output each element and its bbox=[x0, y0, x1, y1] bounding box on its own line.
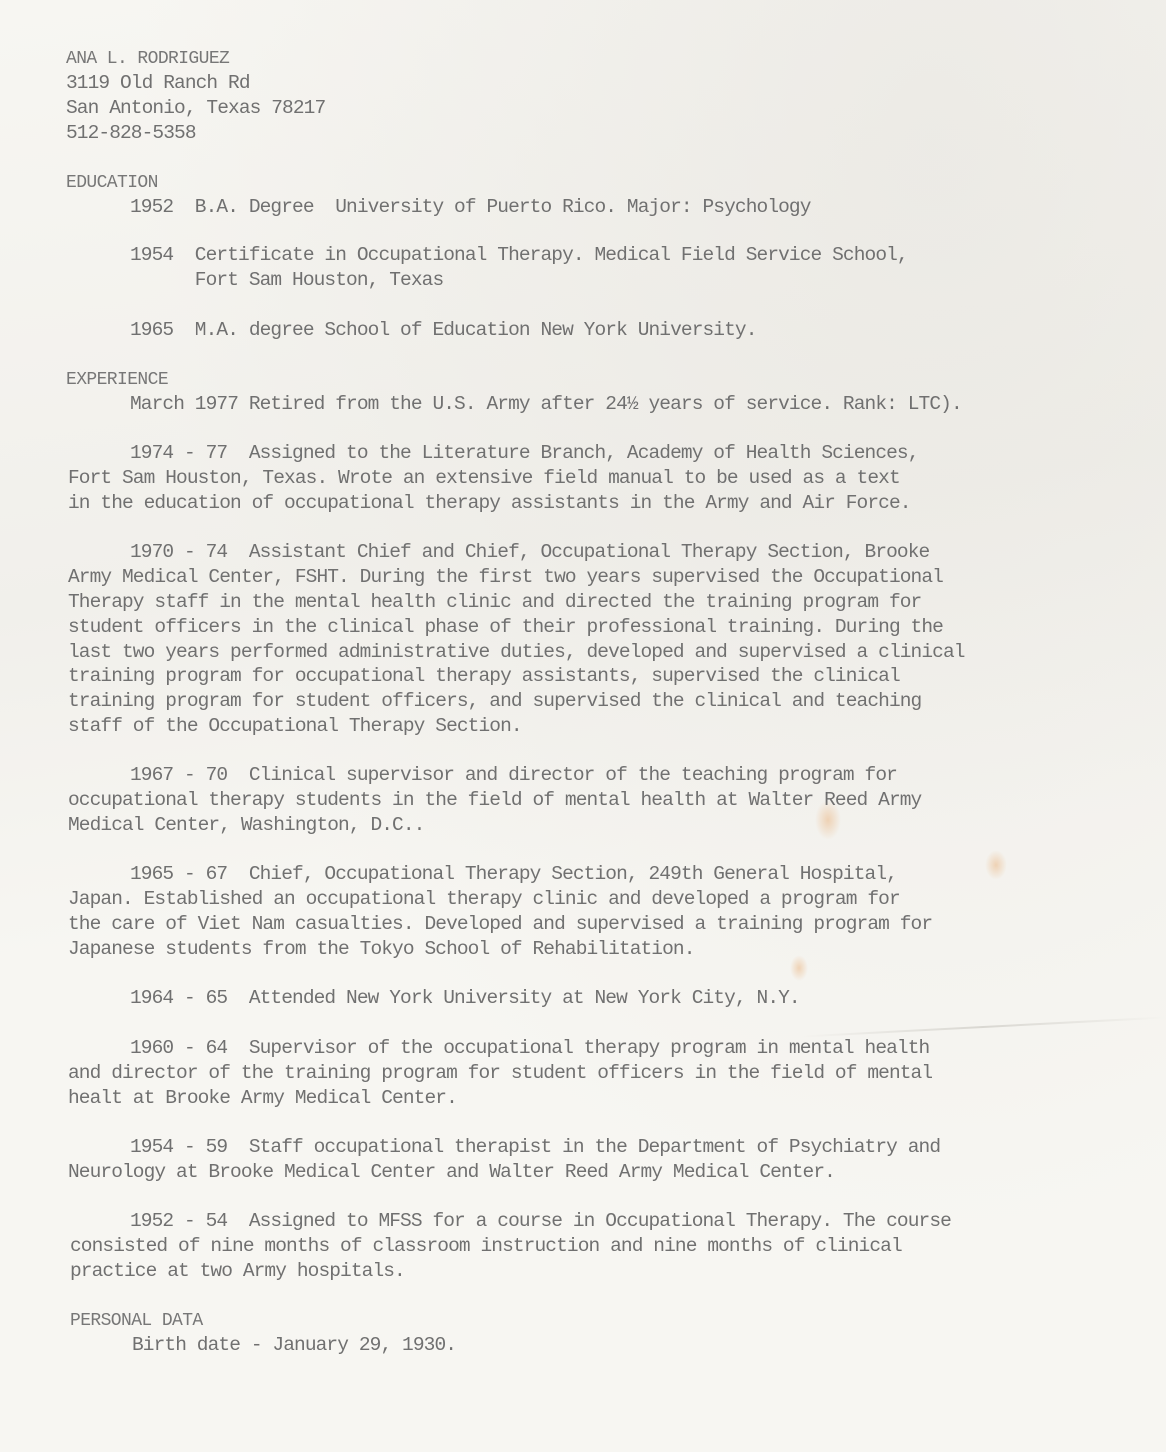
entry-line: in the education of occupational therapy… bbox=[68, 491, 911, 516]
entry-line: Army Medical Center, FSHT. During the fi… bbox=[68, 565, 943, 590]
entry-line: healt at Brooke Army Medical Center. bbox=[68, 1086, 457, 1111]
experience-heading: EXPERIENCE bbox=[66, 368, 168, 393]
paper-stain bbox=[790, 955, 808, 981]
entry-line: staff of the Occupational Therapy Sectio… bbox=[68, 714, 522, 739]
entry-line: and director of the training program for… bbox=[68, 1061, 932, 1086]
entry-line: 1970 - 74 Assistant Chief and Chief, Occ… bbox=[130, 540, 929, 565]
entry-line: training program for student officers, a… bbox=[68, 689, 921, 714]
entry-line: 1952 - 54 Assigned to MFSS for a course … bbox=[130, 1209, 951, 1234]
entry-line: 1967 - 70 Clinical supervisor and direct… bbox=[130, 763, 897, 788]
entry-line: consisted of nine months of classroom in… bbox=[70, 1234, 902, 1259]
retirement-line: March 1977 Retired from the U.S. Army af… bbox=[130, 392, 962, 417]
city-state-zip: San Antonio, Texas 78217 bbox=[66, 96, 325, 121]
entry-line: training program for occupational therap… bbox=[68, 664, 900, 689]
entry-line: student officers in the clinical phase o… bbox=[68, 615, 943, 640]
entry-line: Therapy staff in the mental health clini… bbox=[68, 590, 921, 615]
entry-line: 1965 - 67 Chief, Occupational Therapy Se… bbox=[130, 862, 897, 887]
education-item: 1954 Certificate in Occupational Therapy… bbox=[130, 243, 908, 268]
entry-line: 1974 - 77 Assigned to the Literature Bra… bbox=[130, 441, 919, 466]
education-item-continued: Fort Sam Houston, Texas bbox=[130, 268, 443, 293]
education-item: 1952 B.A. Degree University of Puerto Ri… bbox=[130, 195, 811, 220]
entry-line: occupational therapy students in the fie… bbox=[68, 788, 921, 813]
entry-line: 1954 - 59 Staff occupational therapist i… bbox=[130, 1135, 940, 1160]
education-heading: EDUCATION bbox=[66, 171, 158, 196]
entry-line: Japan. Established an occupational thera… bbox=[68, 887, 900, 912]
entry-line: practice at two Army hospitals. bbox=[70, 1259, 405, 1284]
entry-line: Neurology at Brooke Medical Center and W… bbox=[68, 1160, 835, 1185]
entry-line: last two years performed administrative … bbox=[68, 640, 965, 665]
entry-line: Medical Center, Washington, D.C.. bbox=[68, 813, 424, 838]
birth-date: Birth date - January 29, 1930. bbox=[132, 1333, 456, 1358]
phone-number: 512-828-5358 bbox=[66, 121, 196, 146]
entry-line: Fort Sam Houston, Texas. Wrote an extens… bbox=[68, 466, 900, 491]
paper-stain bbox=[985, 850, 1007, 880]
paper-fold bbox=[800, 1016, 1166, 1037]
entry-line: 1964 - 65 Attended New York University a… bbox=[130, 986, 800, 1011]
resume-page: ANA L. RODRIGUEZ 3119 Old Ranch Rd San A… bbox=[0, 0, 1166, 1452]
personal-data-heading: PERSONAL DATA bbox=[70, 1309, 203, 1334]
entry-line: Japanese students from the Tokyo School … bbox=[68, 937, 695, 962]
street-address: 3119 Old Ranch Rd bbox=[66, 71, 250, 96]
entry-line: the care of Viet Nam casualties. Develop… bbox=[68, 912, 932, 937]
entry-line: 1960 - 64 Supervisor of the occupational… bbox=[130, 1036, 929, 1061]
education-item: 1965 M.A. degree School of Education New… bbox=[130, 318, 757, 343]
applicant-name: ANA L. RODRIGUEZ bbox=[66, 47, 229, 72]
